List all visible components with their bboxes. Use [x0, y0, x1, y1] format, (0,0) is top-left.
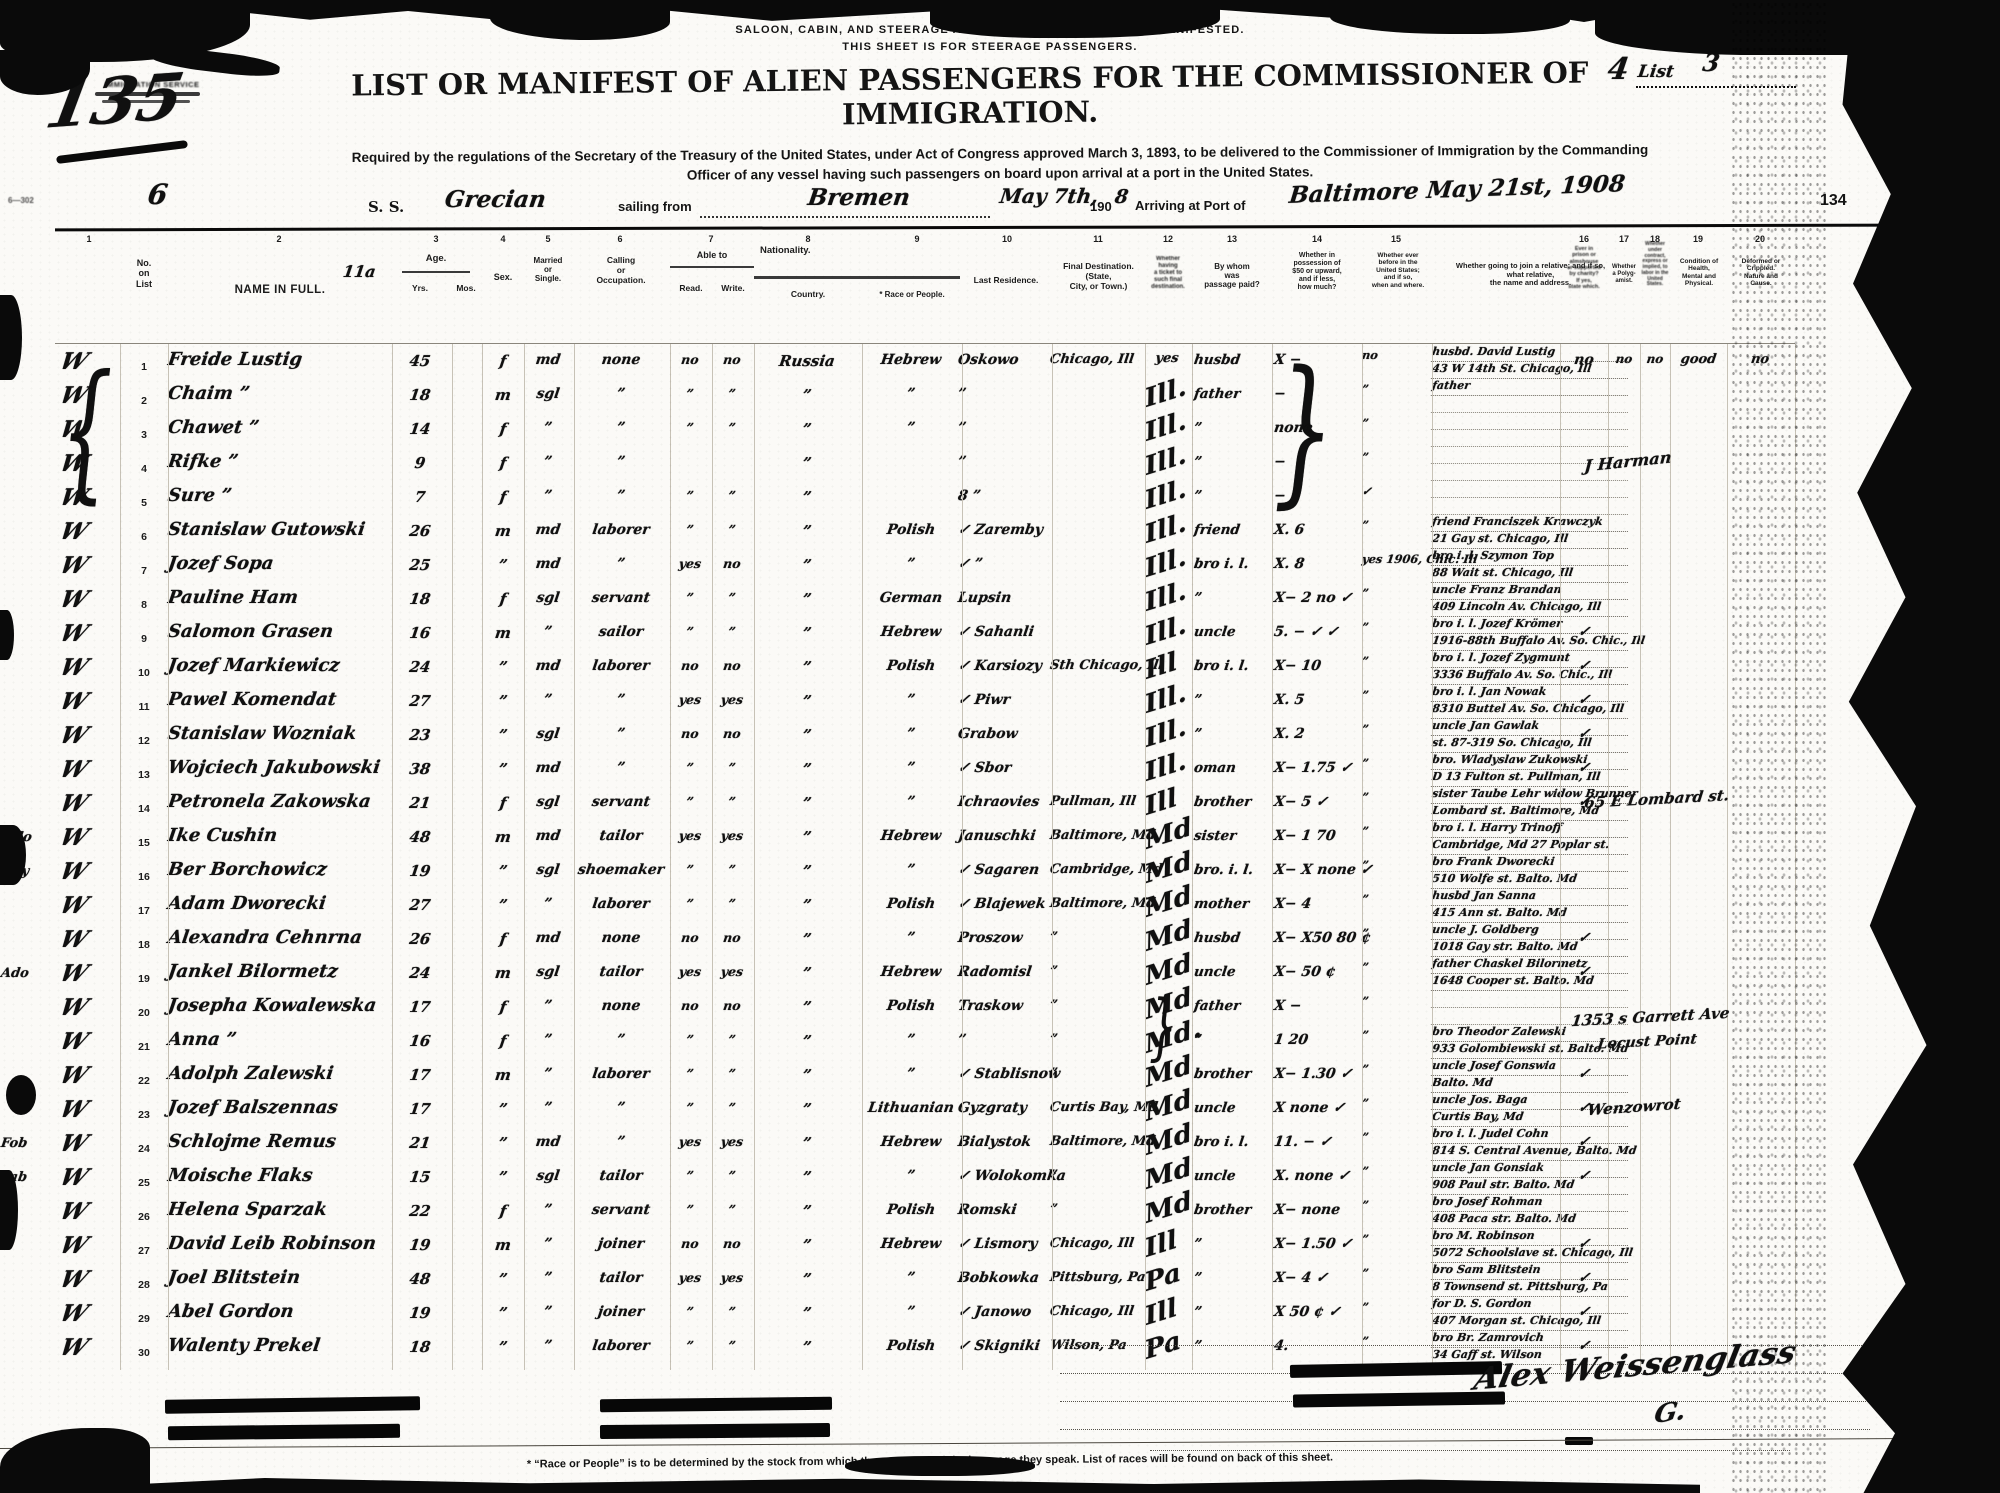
cell-residence: ✓ ”	[957, 556, 1055, 572]
manifest-row: W 4 Rifke ” 9 f ” ” ” ” Ill. ” − ”	[55, 450, 1795, 484]
cell-race: Hebrew	[861, 352, 961, 368]
manifest-row: Fob W 24 Schlojme Remus 21 ” md ” yes ye…	[55, 1130, 1795, 1164]
scan-blob-bottom	[845, 1456, 1035, 1476]
cell-before-us: ”	[1361, 995, 1435, 1007]
column-number: 3	[421, 234, 451, 244]
cell-write: ”	[711, 760, 753, 775]
relative-line-2: 415 Ann st. Balto. Md	[1431, 906, 1630, 923]
cell-residence: ✓ Wolokomka	[957, 1168, 1055, 1184]
cell-sex: ”	[481, 1338, 526, 1356]
cell-passage-paid: ”	[1193, 488, 1275, 504]
cell-residence: Januschki	[957, 828, 1055, 844]
relative-line-1	[1431, 991, 1630, 1008]
sail-date-hw: May 7th,	[998, 184, 1100, 208]
cell-age: 16	[391, 624, 450, 642]
column-rule	[712, 344, 713, 1370]
cell-money: 1 20	[1273, 1032, 1367, 1048]
manifest-row: W 7 Jozef Sopa 25 ” md ” yes no ” ” ✓ ” …	[55, 552, 1795, 586]
manifest-row: W 10 Jozef Markiewicz 24 ” md laborer no…	[55, 654, 1795, 688]
cell-line-number: 18	[123, 939, 165, 951]
cell-name: Schlojme Remus	[167, 1131, 400, 1152]
cell-write: ”	[711, 896, 753, 911]
cell-age: 17	[391, 1066, 450, 1084]
cell-age: 19	[391, 1304, 450, 1322]
cell-occupation: none	[573, 352, 669, 368]
page-title: LIST OR MANIFEST OF ALIEN PASSENGERS FOR…	[310, 55, 1631, 137]
cell-age: 38	[391, 760, 450, 778]
cell-country: ”	[753, 1270, 862, 1288]
cell-passage-paid: uncle	[1193, 1100, 1275, 1116]
cell-name: Alexandra Cehnrna	[167, 927, 400, 948]
manifest-row: W 17 Adam Dworecki 27 ” ” laborer ” ” ” …	[55, 892, 1795, 926]
manifest-row: W 28 Joel Blitstein 48 ” ” tailor yes ye…	[55, 1266, 1795, 1300]
manifest-sheet: SALOON, CABIN, AND STEERAGE ALIENS MUST …	[0, 0, 2000, 1493]
cell-read: yes	[669, 828, 711, 843]
cell-read: ”	[669, 760, 711, 775]
list-label-hw: List	[1637, 62, 1676, 82]
cell-money: X −	[1273, 352, 1367, 368]
cell-write: ”	[711, 624, 753, 639]
cell-prison-check: ✓	[1559, 930, 1609, 946]
cell-sex: ”	[481, 556, 526, 574]
cell-destination: ”	[1049, 1032, 1148, 1047]
redaction-bar	[600, 1423, 830, 1439]
cell-money: 11. − ✓	[1273, 1134, 1367, 1150]
cell-sex: ”	[481, 692, 526, 710]
cell-read: ”	[669, 1168, 711, 1183]
cell-residence: Romski	[957, 1202, 1055, 1218]
cell-name: Freide Lustig	[167, 349, 400, 370]
cell-relative	[1432, 413, 1629, 447]
cell-write: no	[711, 998, 753, 1013]
relative-line-1: friend Franciszek Krawczyk	[1431, 515, 1630, 532]
scan-mark-left	[0, 825, 26, 885]
column-number: 19	[1683, 234, 1713, 244]
cell-money: X none ✓	[1273, 1100, 1367, 1116]
small-mark	[1565, 1437, 1593, 1445]
col-header-ticket: Whether having a ticket to such final de…	[1142, 256, 1194, 290]
cell-occupation: ”	[573, 760, 669, 776]
cell-race: ”	[861, 692, 961, 708]
cell-destination: Baltimore, Md	[1049, 1134, 1148, 1149]
cell-married: sgl	[523, 590, 573, 606]
cell-married: ”	[523, 1338, 573, 1354]
manifest-row: W 21 Anna ” 16 f ” ” ” ” ” ” ” ” Md. ” 1…	[55, 1028, 1795, 1062]
col-header-yrs: Yrs.	[392, 284, 448, 294]
relative-line-1: uncle Franz Brandan	[1431, 583, 1630, 600]
cell-read: ”	[669, 1032, 711, 1047]
cell-write: ”	[711, 1202, 753, 1217]
cell-sex: f	[481, 930, 526, 948]
cell-read: ”	[669, 1304, 711, 1319]
cell-country: ”	[753, 760, 862, 778]
cell-name: Salomon Grasen	[167, 621, 400, 642]
col-header-health: Condition of Health, Mental and Physical…	[1668, 258, 1730, 288]
arriving-label: Arriving at Port of	[1135, 198, 1246, 213]
cell-residence: ✓ Sahanli	[957, 624, 1055, 640]
cell-name: Jankel Bilormetz	[167, 961, 400, 982]
cell-country: ”	[753, 726, 862, 744]
cell-relative: bro Josef Rohman 408 Paca str. Balto. Md	[1432, 1195, 1629, 1229]
cell-line-number: 10	[123, 667, 165, 679]
scan-blob	[1330, 0, 1570, 34]
cell-name: Moische Flaks	[167, 1165, 400, 1186]
col-header-married: Married or Single.	[520, 256, 576, 284]
margin-note: Ado	[0, 966, 52, 981]
cell-race: Polish	[861, 522, 961, 538]
column-number: 18	[1640, 234, 1670, 244]
col-header-age: Age.	[392, 254, 480, 265]
relative-line-2	[1431, 430, 1630, 447]
cell-age: 9	[391, 454, 450, 472]
cell-occupation: laborer	[573, 1066, 669, 1082]
cell-passage-paid: uncle	[1193, 624, 1275, 640]
cell-occupation: shoemaker	[573, 862, 669, 878]
manifest-row: W 22 Adolph Zalewski 17 m ” laborer ” ” …	[55, 1062, 1795, 1096]
cell-race: Hebrew	[861, 828, 961, 844]
cell-race: ”	[861, 1304, 961, 1320]
column-number: 5	[533, 234, 563, 244]
cell-destination: ”	[1049, 1066, 1148, 1081]
cell-race: ”	[861, 1270, 961, 1286]
cell-before-us: ”	[1361, 519, 1435, 531]
cell-married: md	[523, 828, 573, 844]
manifest-row: W 8 Pauline Ham 18 f sgl servant ” ” ” G…	[55, 586, 1795, 620]
cell-passage-paid: ”	[1193, 590, 1275, 606]
cell-name: Ike Cushin	[167, 825, 400, 846]
cell-residence: ✓ Skigniki	[957, 1338, 1055, 1354]
column-number: 7	[696, 234, 726, 244]
cell-money: X− X none ✓	[1273, 862, 1367, 878]
cell-age: 26	[391, 522, 450, 540]
cell-occupation: servant	[573, 590, 669, 606]
cell-sex: ”	[481, 726, 526, 744]
cell-read: no	[669, 352, 711, 367]
cell-prison-check: ✓	[1559, 658, 1609, 674]
headtax-mark: W	[56, 1334, 93, 1361]
relative-line-1	[1431, 481, 1630, 498]
column-rule	[1192, 344, 1193, 1370]
column-rule	[120, 344, 121, 1370]
cell-before-us: ”	[1361, 1165, 1435, 1177]
cell-residence: ✓ Lismory	[957, 1236, 1055, 1252]
manifest-row: W 6 Stanislaw Gutowski 26 m md laborer ”…	[55, 518, 1795, 552]
cell-money: X− 4	[1273, 896, 1367, 912]
cell-name: Adolph Zalewski	[167, 1063, 400, 1084]
cell-money: X 50 ¢ ✓	[1273, 1304, 1367, 1320]
cell-read: ”	[669, 386, 711, 401]
cell-age: 24	[391, 658, 450, 676]
cell-occupation: laborer	[573, 1338, 669, 1354]
cell-contract: no	[1639, 352, 1671, 366]
cell-occupation: tailor	[573, 828, 669, 844]
cell-prison-check: ✓	[1559, 1066, 1609, 1082]
relative-line-1: husbd Jan Sanna	[1431, 889, 1630, 906]
cell-name: Chaim ”	[167, 383, 400, 404]
scan-edge-bottom	[140, 1478, 1700, 1493]
cell-race: Hebrew	[861, 1134, 961, 1150]
cell-ticket: yes	[1141, 351, 1193, 366]
col-header-destination: Final Destination. (State, City, or Town…	[1050, 262, 1147, 291]
cell-occupation: laborer	[573, 896, 669, 912]
cell-read: ”	[669, 1202, 711, 1217]
headtax-mark: W	[56, 348, 93, 375]
cell-age: 22	[391, 1202, 450, 1220]
cell-race: ”	[861, 556, 961, 572]
column-rule	[482, 344, 483, 1370]
cell-married: ”	[523, 624, 573, 640]
manifest-row: W 14 Petronela Zakowska 21 f sgl servant…	[55, 790, 1795, 824]
cell-married: md	[523, 760, 573, 776]
column-number: 17	[1609, 234, 1639, 244]
cell-line-number: 16	[123, 871, 165, 883]
cell-name: Adam Dworecki	[167, 893, 400, 914]
cell-line-number: 26	[123, 1211, 165, 1223]
cell-residence: Bobkowka	[957, 1270, 1055, 1286]
cell-age: 14	[391, 420, 450, 438]
cell-sex: m	[481, 624, 526, 642]
cell-destination: Sth Chicago, Ill	[1049, 658, 1148, 673]
headtax-mark: W	[56, 1130, 93, 1157]
cell-money: X− 2 no ✓	[1273, 590, 1367, 606]
column-rule	[862, 344, 863, 1370]
cell-destination: ”	[1049, 964, 1148, 979]
cell-prison-check: ✓	[1559, 1304, 1609, 1320]
column-rule	[1432, 344, 1433, 1370]
relative-line-1	[1431, 379, 1630, 396]
cell-before-us: ”	[1361, 1301, 1435, 1313]
cell-name: Rifke ”	[167, 451, 400, 472]
headtax-mark: W	[56, 892, 93, 919]
column-rule	[392, 344, 393, 1370]
cell-residence: ”	[957, 386, 1055, 402]
cell-passage-paid: brother	[1193, 1066, 1275, 1082]
cell-health: good	[1669, 352, 1728, 367]
cell-destination: Cambridge, Md	[1049, 862, 1148, 877]
cell-read: yes	[669, 1270, 711, 1285]
column-number: 16	[1569, 234, 1599, 244]
cell-age: 48	[391, 828, 450, 846]
cell-prison-check: ✓	[1559, 726, 1609, 742]
cell-residence: 8 ”	[957, 488, 1055, 504]
column-number: 12	[1153, 234, 1183, 244]
cell-country: ”	[753, 420, 862, 438]
cell-sex: m	[481, 828, 526, 846]
cell-occupation: laborer	[573, 522, 669, 538]
cell-married: ”	[523, 896, 573, 912]
headtax-mark: W	[56, 620, 93, 647]
cell-write: yes	[711, 1270, 753, 1285]
cell-line-number: 12	[123, 735, 165, 747]
cell-country: ”	[753, 998, 862, 1016]
cell-occupation: ”	[573, 454, 669, 470]
cell-country: ”	[753, 692, 862, 710]
cell-line-number: 27	[123, 1245, 165, 1257]
column-rule	[754, 344, 755, 1370]
headtax-mark: W	[56, 552, 93, 579]
cell-destination: ”	[1049, 1168, 1148, 1183]
column-number: 1	[74, 234, 104, 244]
cell-line-number: 30	[123, 1347, 165, 1359]
cell-line-number: 5	[123, 497, 165, 509]
cell-name: Jozef Markiewicz	[167, 655, 400, 676]
cell-read: ”	[669, 420, 711, 435]
cell-married: sgl	[523, 386, 573, 402]
cell-sex: m	[481, 386, 526, 404]
cell-residence: Radomisl	[957, 964, 1055, 980]
cell-write: ”	[711, 488, 753, 503]
cell-passage-paid: ”	[1193, 1304, 1275, 1320]
cell-country: ”	[753, 1134, 862, 1152]
cell-money: X− 1.30 ✓	[1273, 1066, 1367, 1082]
cell-write: ”	[711, 420, 753, 435]
scan-mark-left	[0, 610, 14, 660]
cell-country: ”	[753, 828, 862, 846]
cell-read: yes	[669, 964, 711, 979]
cell-prison-check: ✓	[1559, 760, 1609, 776]
cell-read: ”	[669, 794, 711, 809]
column-rule	[1362, 344, 1363, 1370]
col-header-write: Write.	[712, 284, 754, 294]
cell-married: md	[523, 556, 573, 572]
age-underline	[402, 271, 470, 273]
cell-occupation: ”	[573, 386, 669, 402]
cell-read: ”	[669, 1100, 711, 1115]
form-number: 6—302	[8, 196, 34, 205]
col-header-country: Country.	[754, 290, 862, 300]
cell-before-us: ”	[1361, 961, 1435, 973]
cell-before-us: ”	[1361, 383, 1435, 395]
headtax-mark: W	[56, 824, 93, 851]
col-header-read: Read.	[670, 284, 712, 294]
cell-line-number: 20	[123, 1007, 165, 1019]
cell-name: Sure ”	[167, 485, 400, 506]
cell-line-number: 28	[123, 1279, 165, 1291]
cell-before-us: ”	[1361, 723, 1435, 735]
cell-before-us: ”	[1361, 893, 1435, 905]
cell-name: Ber Borchowicz	[167, 859, 400, 880]
cell-relative: uncle Franz Brandan 409 Lincoln Av. Chic…	[1432, 583, 1629, 617]
column-number: 15	[1381, 234, 1411, 244]
cell-age: 7	[391, 488, 450, 506]
headtax-mark: W	[56, 858, 93, 885]
cell-country: ”	[753, 794, 862, 812]
cell-line-number: 2	[123, 395, 165, 407]
cell-passage-paid: friend	[1193, 522, 1275, 538]
relative-line-2	[1431, 396, 1630, 413]
cell-age: 23	[391, 726, 450, 744]
cell-money: −	[1273, 386, 1367, 402]
cell-line-number: 21	[123, 1041, 165, 1053]
cell-line-number: 15	[123, 837, 165, 849]
cell-country: ”	[753, 1066, 862, 1084]
cell-country: ”	[753, 1100, 862, 1118]
cell-residence: Proszow	[957, 930, 1055, 946]
redaction-bar	[165, 1396, 420, 1414]
port-from-hw: Bremen	[806, 184, 912, 211]
cell-name: Josepha Kowalewska	[167, 995, 400, 1016]
cell-before-us: ✓	[1361, 485, 1435, 497]
cell-sex: f	[481, 488, 526, 506]
headtax-mark: W	[56, 518, 93, 545]
cell-line-number: 11	[123, 701, 165, 713]
cell-race: ”	[861, 1168, 961, 1184]
manifest-row: W 29 Abel Gordon 19 ” ” joiner ” ” ” ” ✓…	[55, 1300, 1795, 1334]
cell-before-us: ”	[1361, 1097, 1435, 1109]
cell-before-us: ”	[1361, 1063, 1435, 1075]
cell-race: Hebrew	[861, 964, 961, 980]
manifest-row: Fab W 25 Moische Flaks 15 ” sgl tailor ”…	[55, 1164, 1795, 1198]
cell-residence: Bialystok	[957, 1134, 1055, 1150]
cell-race: ”	[861, 1032, 961, 1048]
cell-read: no	[669, 1236, 711, 1251]
cell-married: md	[523, 352, 573, 368]
cell-country: ”	[753, 964, 862, 982]
voyage-margin-mark: 6	[146, 178, 170, 211]
cell-money: X− X50 80 ¢	[1273, 930, 1367, 946]
relative-line-1: bro Josef Rohman	[1431, 1195, 1630, 1212]
cell-age: 26	[391, 930, 450, 948]
manifest-row: W 11 Pawel Komendat 27 ” ” ” yes yes ” ”…	[55, 688, 1795, 722]
column-rule	[574, 344, 575, 1370]
cell-read: no	[669, 726, 711, 741]
cell-passage-paid: oman	[1193, 760, 1275, 776]
cell-race: Polish	[861, 998, 961, 1014]
cell-residence: Traskow	[957, 998, 1055, 1014]
cell-age: 24	[391, 964, 450, 982]
cell-destination: Curtis Bay, Md	[1049, 1100, 1148, 1115]
cell-read: ”	[669, 1338, 711, 1353]
cell-country: ”	[753, 1168, 862, 1186]
cell-name: Jozef Balszennas	[167, 1097, 400, 1118]
cell-before-us: yes 1906, Chic. Ill	[1361, 553, 1435, 565]
cell-passage-paid: uncle	[1193, 964, 1275, 980]
cell-occupation: ”	[573, 692, 669, 708]
scan-mark-left	[6, 1075, 36, 1115]
col-header-calling: Calling or Occupation.	[570, 256, 672, 285]
manifest-row: W 13 Wojciech Jakubowski 38 ” md ” ” ” ”…	[55, 756, 1795, 790]
headtax-mark: W	[56, 1300, 93, 1327]
cell-polygamist: no	[1607, 352, 1641, 366]
cell-name: Chawet ”	[167, 417, 400, 438]
cell-country: ”	[753, 386, 862, 404]
cell-before-us: ”	[1361, 621, 1435, 633]
column-rule	[1145, 344, 1146, 1370]
cell-passage-paid: ”	[1193, 1236, 1275, 1252]
cell-married: sgl	[523, 964, 573, 980]
sailing-underline	[700, 216, 990, 218]
col-header-contract: Whether under contract, express or impli…	[1638, 242, 1672, 288]
cell-line-number: 13	[123, 769, 165, 781]
cell-prison-check: ✓	[1559, 1134, 1609, 1150]
cell-line-number: 3	[123, 429, 165, 441]
headtax-mark: W	[56, 586, 93, 613]
cell-occupation: tailor	[573, 1270, 669, 1286]
cell-before-us: ”	[1361, 1267, 1435, 1279]
able-underline	[670, 266, 754, 268]
cell-age: 17	[391, 998, 450, 1016]
ship-name-hw: Grecian	[443, 186, 548, 213]
cell-write: no	[711, 930, 753, 945]
cell-occupation: ”	[573, 488, 669, 504]
cell-before-us: ”	[1361, 927, 1435, 939]
cell-age: 16	[391, 1032, 450, 1050]
cell-relative: husbd Jan Sanna 415 Ann st. Balto. Md	[1432, 889, 1629, 923]
cell-race: ”	[861, 930, 961, 946]
cell-residence: ✓ Karsiozy	[957, 658, 1055, 674]
cell-sex: ”	[481, 1134, 526, 1152]
cell-married: md	[523, 1134, 573, 1150]
